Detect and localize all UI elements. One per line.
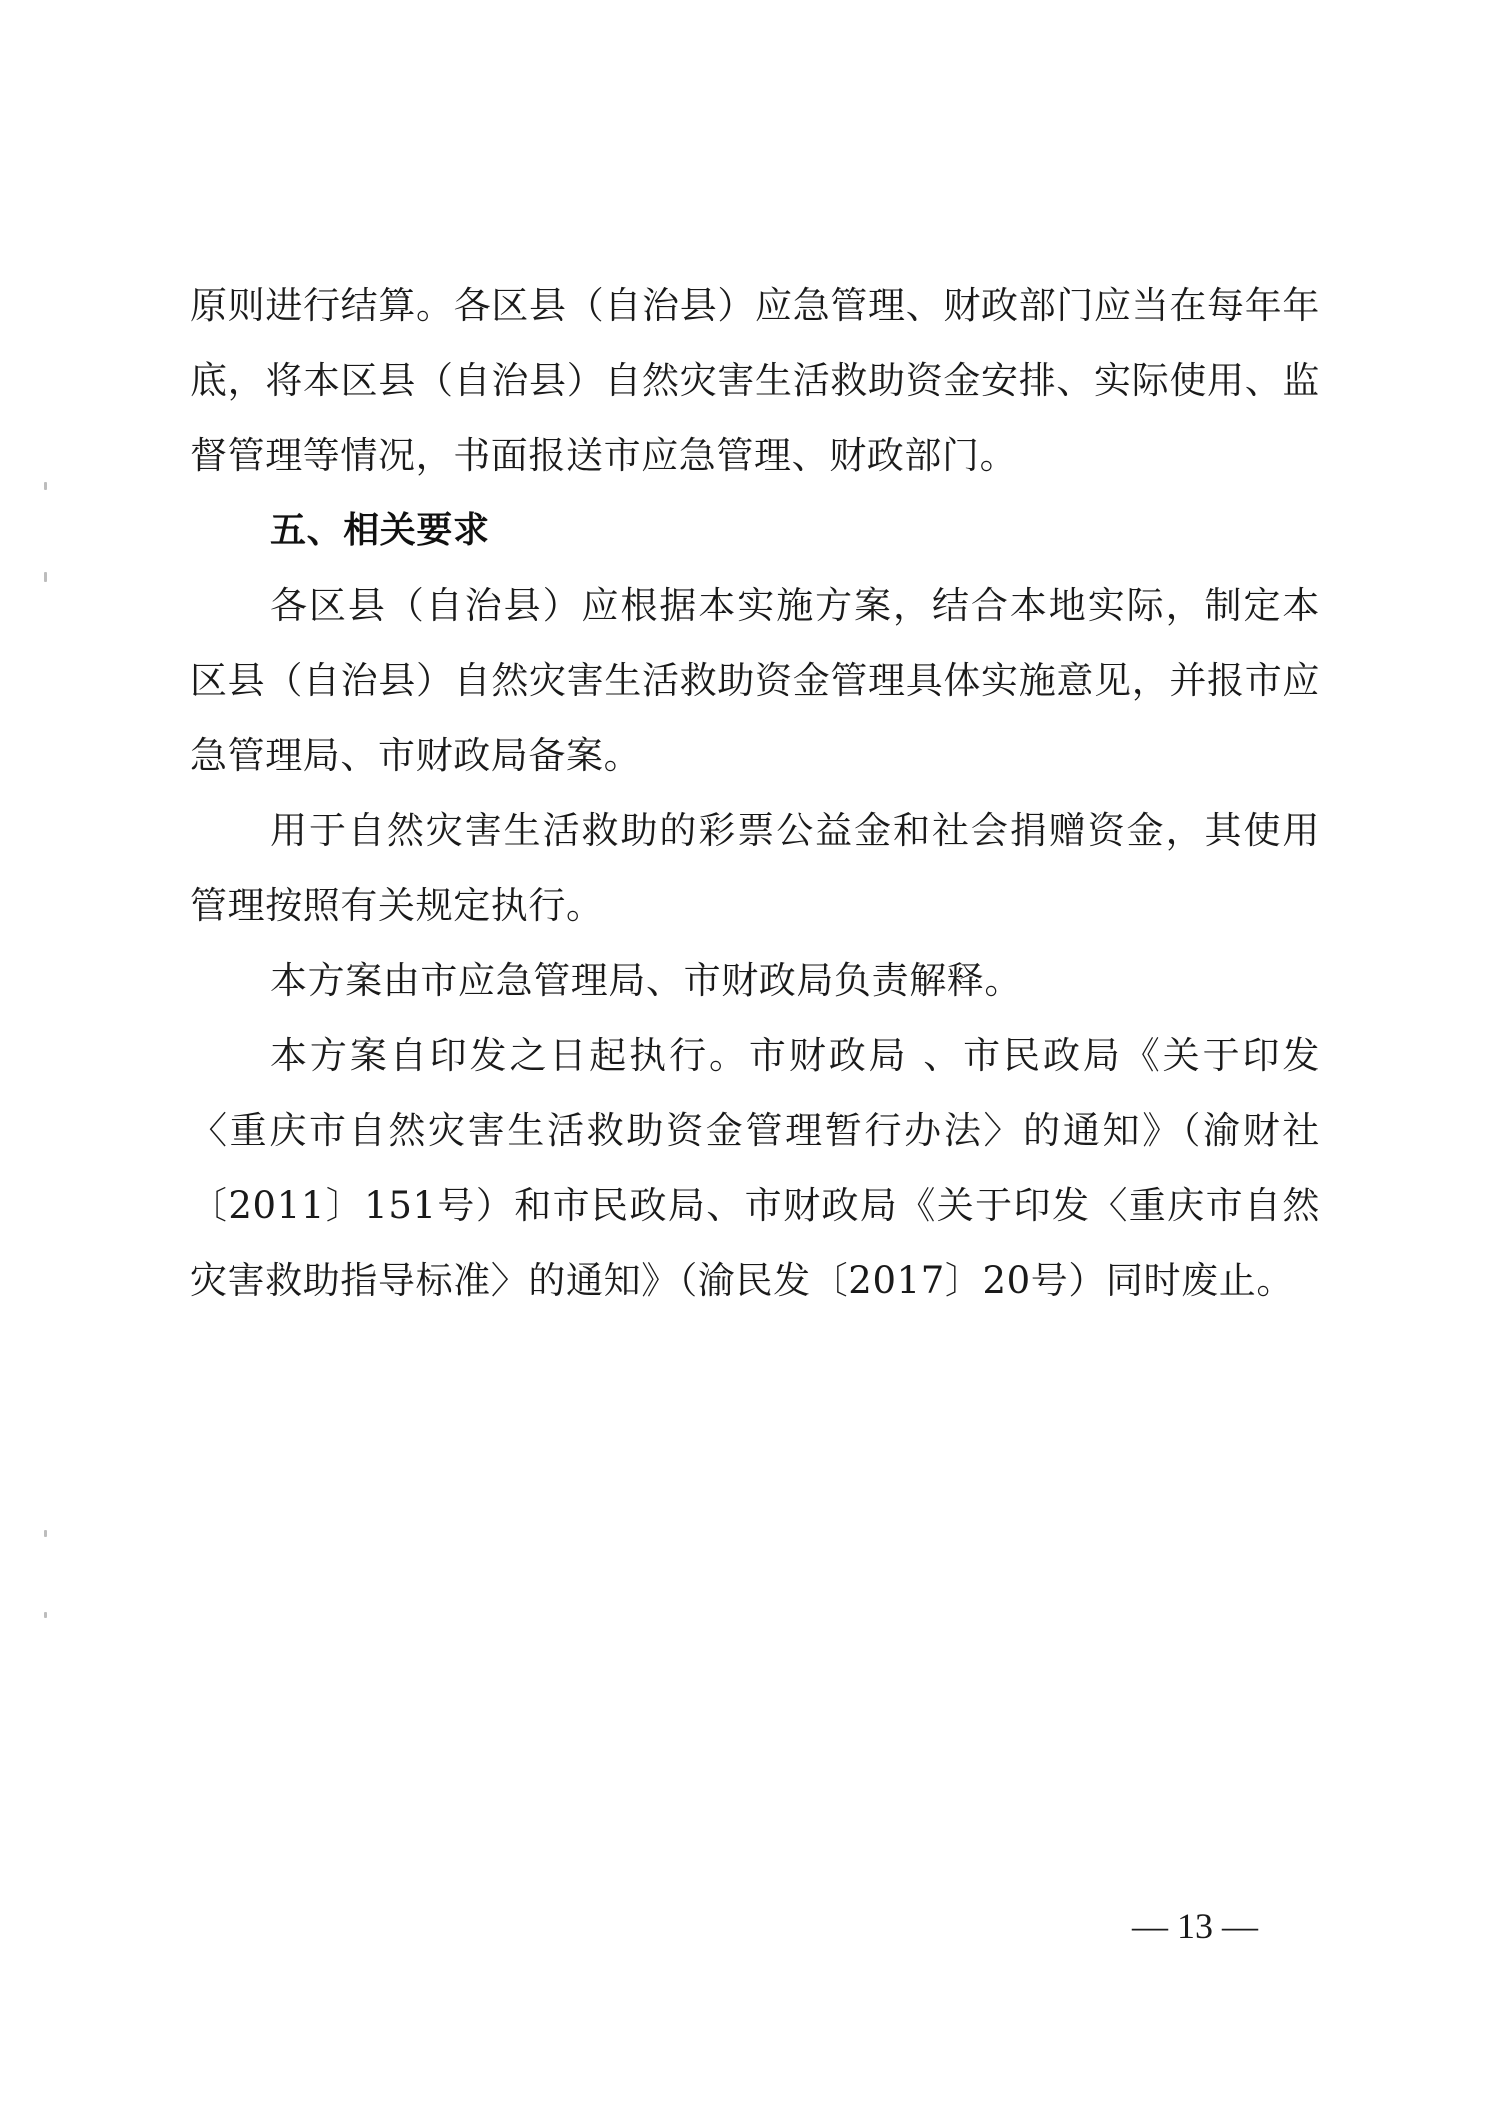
scan-mark xyxy=(44,1612,47,1618)
scan-mark xyxy=(44,482,47,490)
section-heading: 五、相关要求 xyxy=(190,493,1320,568)
page-number: — 13 — xyxy=(1110,1905,1280,1947)
paragraph-implementation: 各区县（自治县）应根据本实施方案，结合本地实际，制定本区县（自治县）自然灾害生活… xyxy=(190,568,1320,793)
document-body: 原则进行结算。各区县（自治县）应急管理、财政部门应当在每年年底，将本区县（自治县… xyxy=(190,268,1320,1318)
paragraph-effective-date: 本方案自印发之日起执行。市财政局 、市民政局《关于印发〈重庆市自然灾害生活救助资… xyxy=(190,1018,1320,1318)
scan-mark xyxy=(44,572,47,582)
scan-mark xyxy=(44,1530,47,1537)
paragraph-interpretation: 本方案由市应急管理局、市财政局负责解释。 xyxy=(190,943,1320,1018)
paragraph-settlement-continuation: 原则进行结算。各区县（自治县）应急管理、财政部门应当在每年年底，将本区县（自治县… xyxy=(190,268,1320,493)
document-page: 原则进行结算。各区县（自治县）应急管理、财政部门应当在每年年底，将本区县（自治县… xyxy=(0,0,1487,2102)
paragraph-lottery-funds: 用于自然灾害生活救助的彩票公益金和社会捐赠资金，其使用管理按照有关规定执行。 xyxy=(190,793,1320,943)
